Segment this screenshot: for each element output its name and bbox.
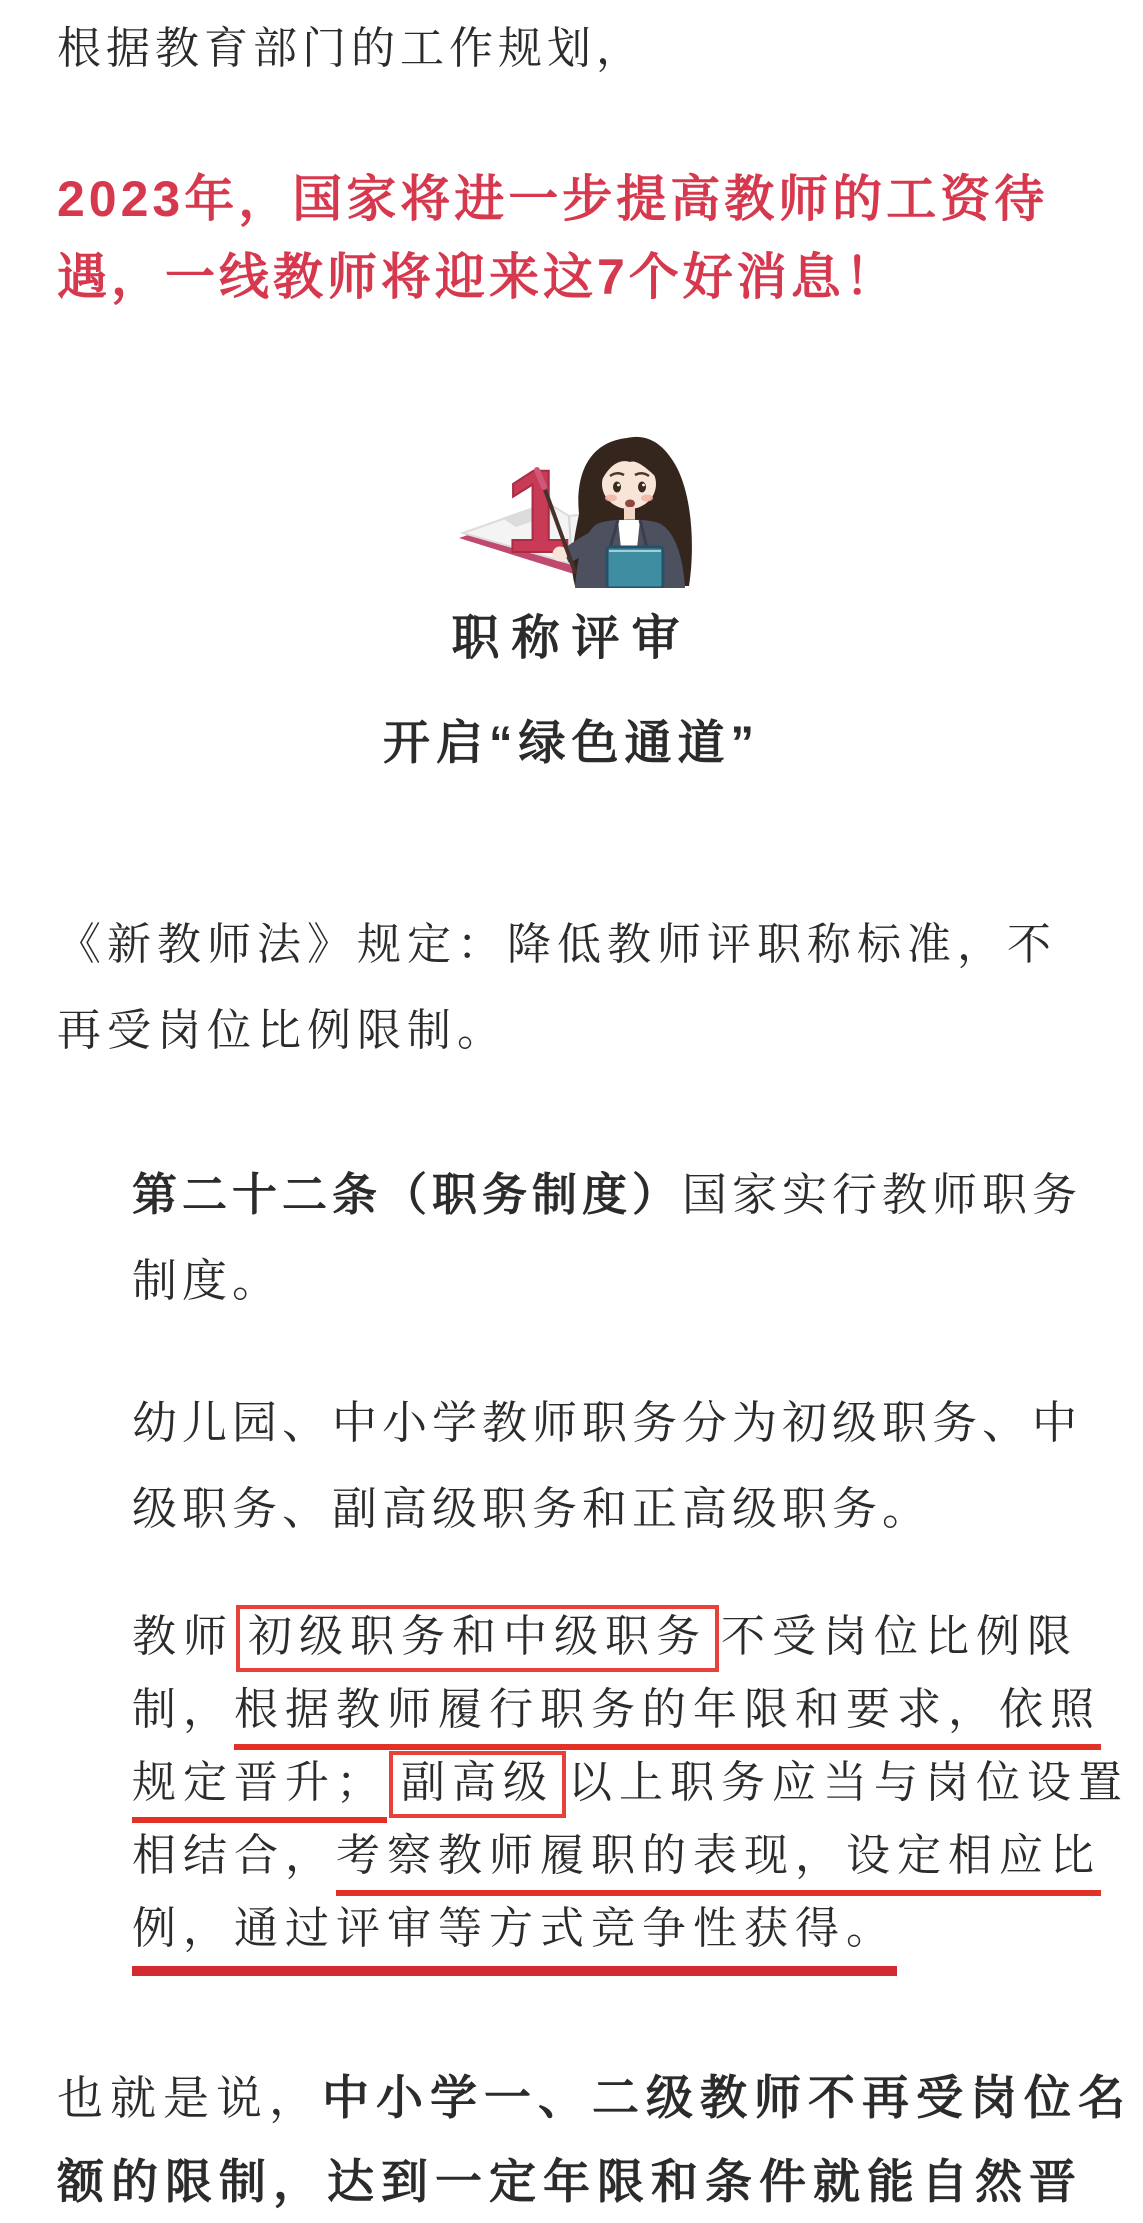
section-subtitle: 开启“绿色通道” bbox=[0, 714, 1143, 772]
law-intro-paragraph: 《新教师法》规定：降低教师评职称标准，不 再受岗位比例限制。 bbox=[57, 902, 1103, 1074]
headline-line-1: 2023年，国家将进一步提高教师的工资待 bbox=[57, 160, 1103, 238]
headline-line-2: 遇，一线教师将迎来这7个好消息！ bbox=[57, 238, 1103, 316]
plain-text: 以上职务应当与岗位设置 bbox=[568, 1758, 1129, 1807]
conclusion-paragraph: 也就是说，中小学一、二级教师不再受岗位名 额的限制，达到一定年限和条件就能自然晋 bbox=[57, 2056, 1103, 2223]
highlight-line-2: 制，根据教师履行职务的年限和要求，依照 bbox=[132, 1673, 1103, 1746]
section-title: 职称评审 bbox=[0, 610, 1143, 668]
red-boxed-text: 副高级 bbox=[389, 1751, 566, 1818]
highlight-line-3: 规定晋升；副高级以上职务应当与岗位设置 bbox=[132, 1746, 1103, 1819]
red-underlined-text: 规定晋升； bbox=[132, 1758, 387, 1823]
red-boxed-text: 初级职务和中级职务 bbox=[236, 1605, 719, 1672]
teacher-illustration: 1 bbox=[447, 430, 697, 588]
section-illustration: 1 bbox=[0, 430, 1143, 588]
clause-plain-text: 国家实行教师职务 bbox=[682, 1169, 1082, 1220]
bold-emphasis-text: 额的限制，达到一定年限和条件就能自然晋 bbox=[57, 2155, 1083, 2208]
highlight-line-4: 相结合，考察教师履职的表现，设定相应比 bbox=[132, 1819, 1103, 1892]
law-intro-line-2: 再受岗位比例限制。 bbox=[57, 988, 1103, 1074]
red-thick-underlined-text: 例，通过评审等方式竞争性获得。 bbox=[132, 1904, 897, 1976]
ranks-line-2: 级职务、副高级职务和正高级职务。 bbox=[132, 1466, 1103, 1552]
clause-plain-text: 制度。 bbox=[132, 1255, 282, 1306]
headline: 2023年，国家将进一步提高教师的工资待 遇，一线教师将迎来这7个好消息！ bbox=[57, 160, 1103, 316]
plain-text: 相结合， bbox=[132, 1831, 336, 1880]
clause-line-2: 制度。 bbox=[132, 1238, 1103, 1324]
law-intro-line-1: 《新教师法》规定：降低教师评职称标准，不 bbox=[57, 902, 1103, 988]
clause-bold-leadin: 第二十二条（职务制度） bbox=[132, 1169, 682, 1220]
conclusion-line-2: 额的限制，达到一定年限和条件就能自然晋 bbox=[57, 2140, 1103, 2223]
article-page: 根据教育部门的工作规划， 2023年，国家将进一步提高教师的工资待 遇，一线教师… bbox=[0, 0, 1143, 2223]
plain-text: 制， bbox=[132, 1685, 234, 1734]
plain-text: 也就是说， bbox=[57, 2072, 322, 2124]
highlight-line-1: 教师初级职务和中级职务不受岗位比例限 bbox=[132, 1600, 1103, 1673]
plain-text: 不受岗位比例限 bbox=[721, 1612, 1078, 1661]
ranks-line-1: 幼儿园、中小学教师职务分为初级职务、中 bbox=[132, 1380, 1103, 1466]
intro-text: 根据教育部门的工作规划， bbox=[57, 18, 1103, 80]
intro-paragraph: 根据教育部门的工作规划， bbox=[57, 18, 1103, 80]
clause-paragraph: 第二十二条（职务制度）国家实行教师职务 制度。 bbox=[132, 1152, 1103, 1324]
highlighted-quote-paragraph: 教师初级职务和中级职务不受岗位比例限 制，根据教师履行职务的年限和要求，依照 规… bbox=[132, 1600, 1103, 1965]
plain-text: 教师 bbox=[132, 1612, 234, 1661]
highlight-line-5: 例，通过评审等方式竞争性获得。 bbox=[132, 1892, 1103, 1965]
red-underlined-text: 考察教师履职的表现，设定相应比 bbox=[336, 1831, 1101, 1896]
ranks-paragraph: 幼儿园、中小学教师职务分为初级职务、中 级职务、副高级职务和正高级职务。 bbox=[132, 1380, 1103, 1552]
red-underlined-text: 根据教师履行职务的年限和要求，依照 bbox=[234, 1685, 1101, 1750]
bold-emphasis-text: 中小学一、二级教师不再受岗位名 bbox=[322, 2071, 1132, 2124]
clause-line-1: 第二十二条（职务制度）国家实行教师职务 bbox=[132, 1152, 1103, 1238]
conclusion-line-1: 也就是说，中小学一、二级教师不再受岗位名 bbox=[57, 2056, 1103, 2140]
